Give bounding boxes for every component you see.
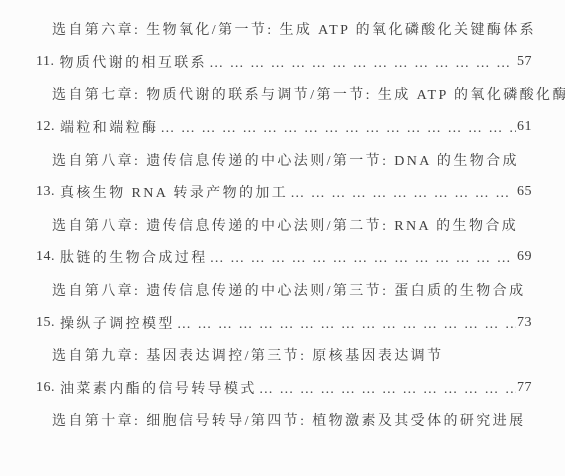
toc-item-title: 端粒和端粒酶	[60, 117, 158, 137]
toc-source-note: 选自第八章: 遗传信息传递的中心法则/第一节: DNA 的生物合成	[52, 150, 519, 170]
toc-document-page: 选自第六章: 生物氧化/第一节: 生成 ATP 的氧化磷酸化关键酶体系11.物质…	[0, 0, 565, 476]
toc-item-number: 14.	[36, 249, 55, 265]
toc-source-row: 选自第八章: 遗传信息传递的中心法则/第三节: 蛋白质的生物合成	[36, 274, 532, 307]
toc-item-row: 15.操纵子调控模型… … … … … … … … … … … … … … … …	[36, 306, 532, 339]
toc-source-note: 选自第八章: 遗传信息传递的中心法则/第三节: 蛋白质的生物合成	[52, 280, 525, 300]
toc-source-note: 选自第十章: 细胞信号转导/第四节: 植物激素及其受体的研究进展	[52, 410, 525, 430]
toc-page-number: 65	[517, 184, 532, 200]
dot-leader: … … … … … … … … … … … … … … … … … … … … …	[290, 186, 516, 202]
toc-page-number: 61	[517, 119, 532, 135]
toc-item-title: 真核生物 RNA 转录产物的加工	[60, 182, 288, 202]
toc-item-number: 11.	[36, 54, 54, 70]
toc-source-note: 选自第六章: 生物氧化/第一节: 生成 ATP 的氧化磷酸化关键酶体系	[52, 19, 536, 39]
toc-source-row: 选自第十章: 细胞信号转导/第四节: 植物激素及其受体的研究进展	[36, 404, 532, 437]
dot-leader: … … … … … … … … … … … … … … … … … … … … …	[177, 317, 516, 333]
toc-source-row: 选自第九章: 基因表达调控/第三节: 原核基因表达调节	[36, 339, 532, 372]
toc-page-number: 69	[517, 249, 532, 265]
toc-page-number: 73	[517, 315, 532, 331]
toc-source-row: 选自第八章: 遗传信息传递的中心法则/第一节: DNA 的生物合成	[36, 143, 532, 176]
toc-page-number: 57	[517, 54, 532, 70]
toc-page-number: 77	[517, 380, 532, 396]
toc-item-row: 12.端粒和端粒酶… … … … … … … … … … … … … … … ……	[36, 111, 532, 144]
toc-item-title: 物质代谢的相互联系	[59, 52, 207, 72]
dot-leader: … … … … … … … … … … … … … … … … … … … … …	[160, 121, 516, 137]
toc-item-title: 肽链的生物合成过程	[60, 247, 208, 267]
toc-item-number: 12.	[36, 119, 55, 135]
dot-leader: … … … … … … … … … … … … … … … … … … … … …	[209, 56, 516, 72]
toc-source-note: 选自第七章: 物质代谢的联系与调节/第一节: 生成 ATP 的氧化磷酸化酶体系	[52, 84, 565, 104]
toc-item-row: 11.物质代谢的相互联系… … … … … … … … … … … … … … …	[36, 46, 532, 79]
toc-item-row: 16.油菜素内酯的信号转导模式… … … … … … … … … … … … ……	[36, 372, 532, 405]
dot-leader: … … … … … … … … … … … … … … … … … … … … …	[210, 251, 516, 267]
toc-item-number: 15.	[36, 315, 55, 331]
toc-item-row: 14.肽链的生物合成过程… … … … … … … … … … … … … … …	[36, 241, 532, 274]
toc-source-row: 选自第六章: 生物氧化/第一节: 生成 ATP 的氧化磷酸化关键酶体系	[36, 13, 532, 46]
toc-item-row: 13.真核生物 RNA 转录产物的加工… … … … … … … … … … ……	[36, 176, 532, 209]
toc-item-title: 操纵子调控模型	[60, 313, 175, 333]
dot-leader: … … … … … … … … … … … … … … … … … … … … …	[259, 382, 516, 398]
toc-source-row: 选自第八章: 遗传信息传递的中心法则/第二节: RNA 的生物合成	[36, 209, 532, 242]
toc-source-row: 选自第七章: 物质代谢的联系与调节/第一节: 生成 ATP 的氧化磷酸化酶体系	[36, 78, 532, 111]
toc-item-number: 16.	[36, 380, 55, 396]
toc-item-number: 13.	[36, 184, 55, 200]
toc-item-title: 油菜素内酯的信号转导模式	[60, 378, 257, 398]
toc-source-note: 选自第九章: 基因表达调控/第三节: 原核基因表达调节	[52, 345, 443, 365]
toc-source-note: 选自第八章: 遗传信息传递的中心法则/第二节: RNA 的生物合成	[52, 215, 518, 235]
